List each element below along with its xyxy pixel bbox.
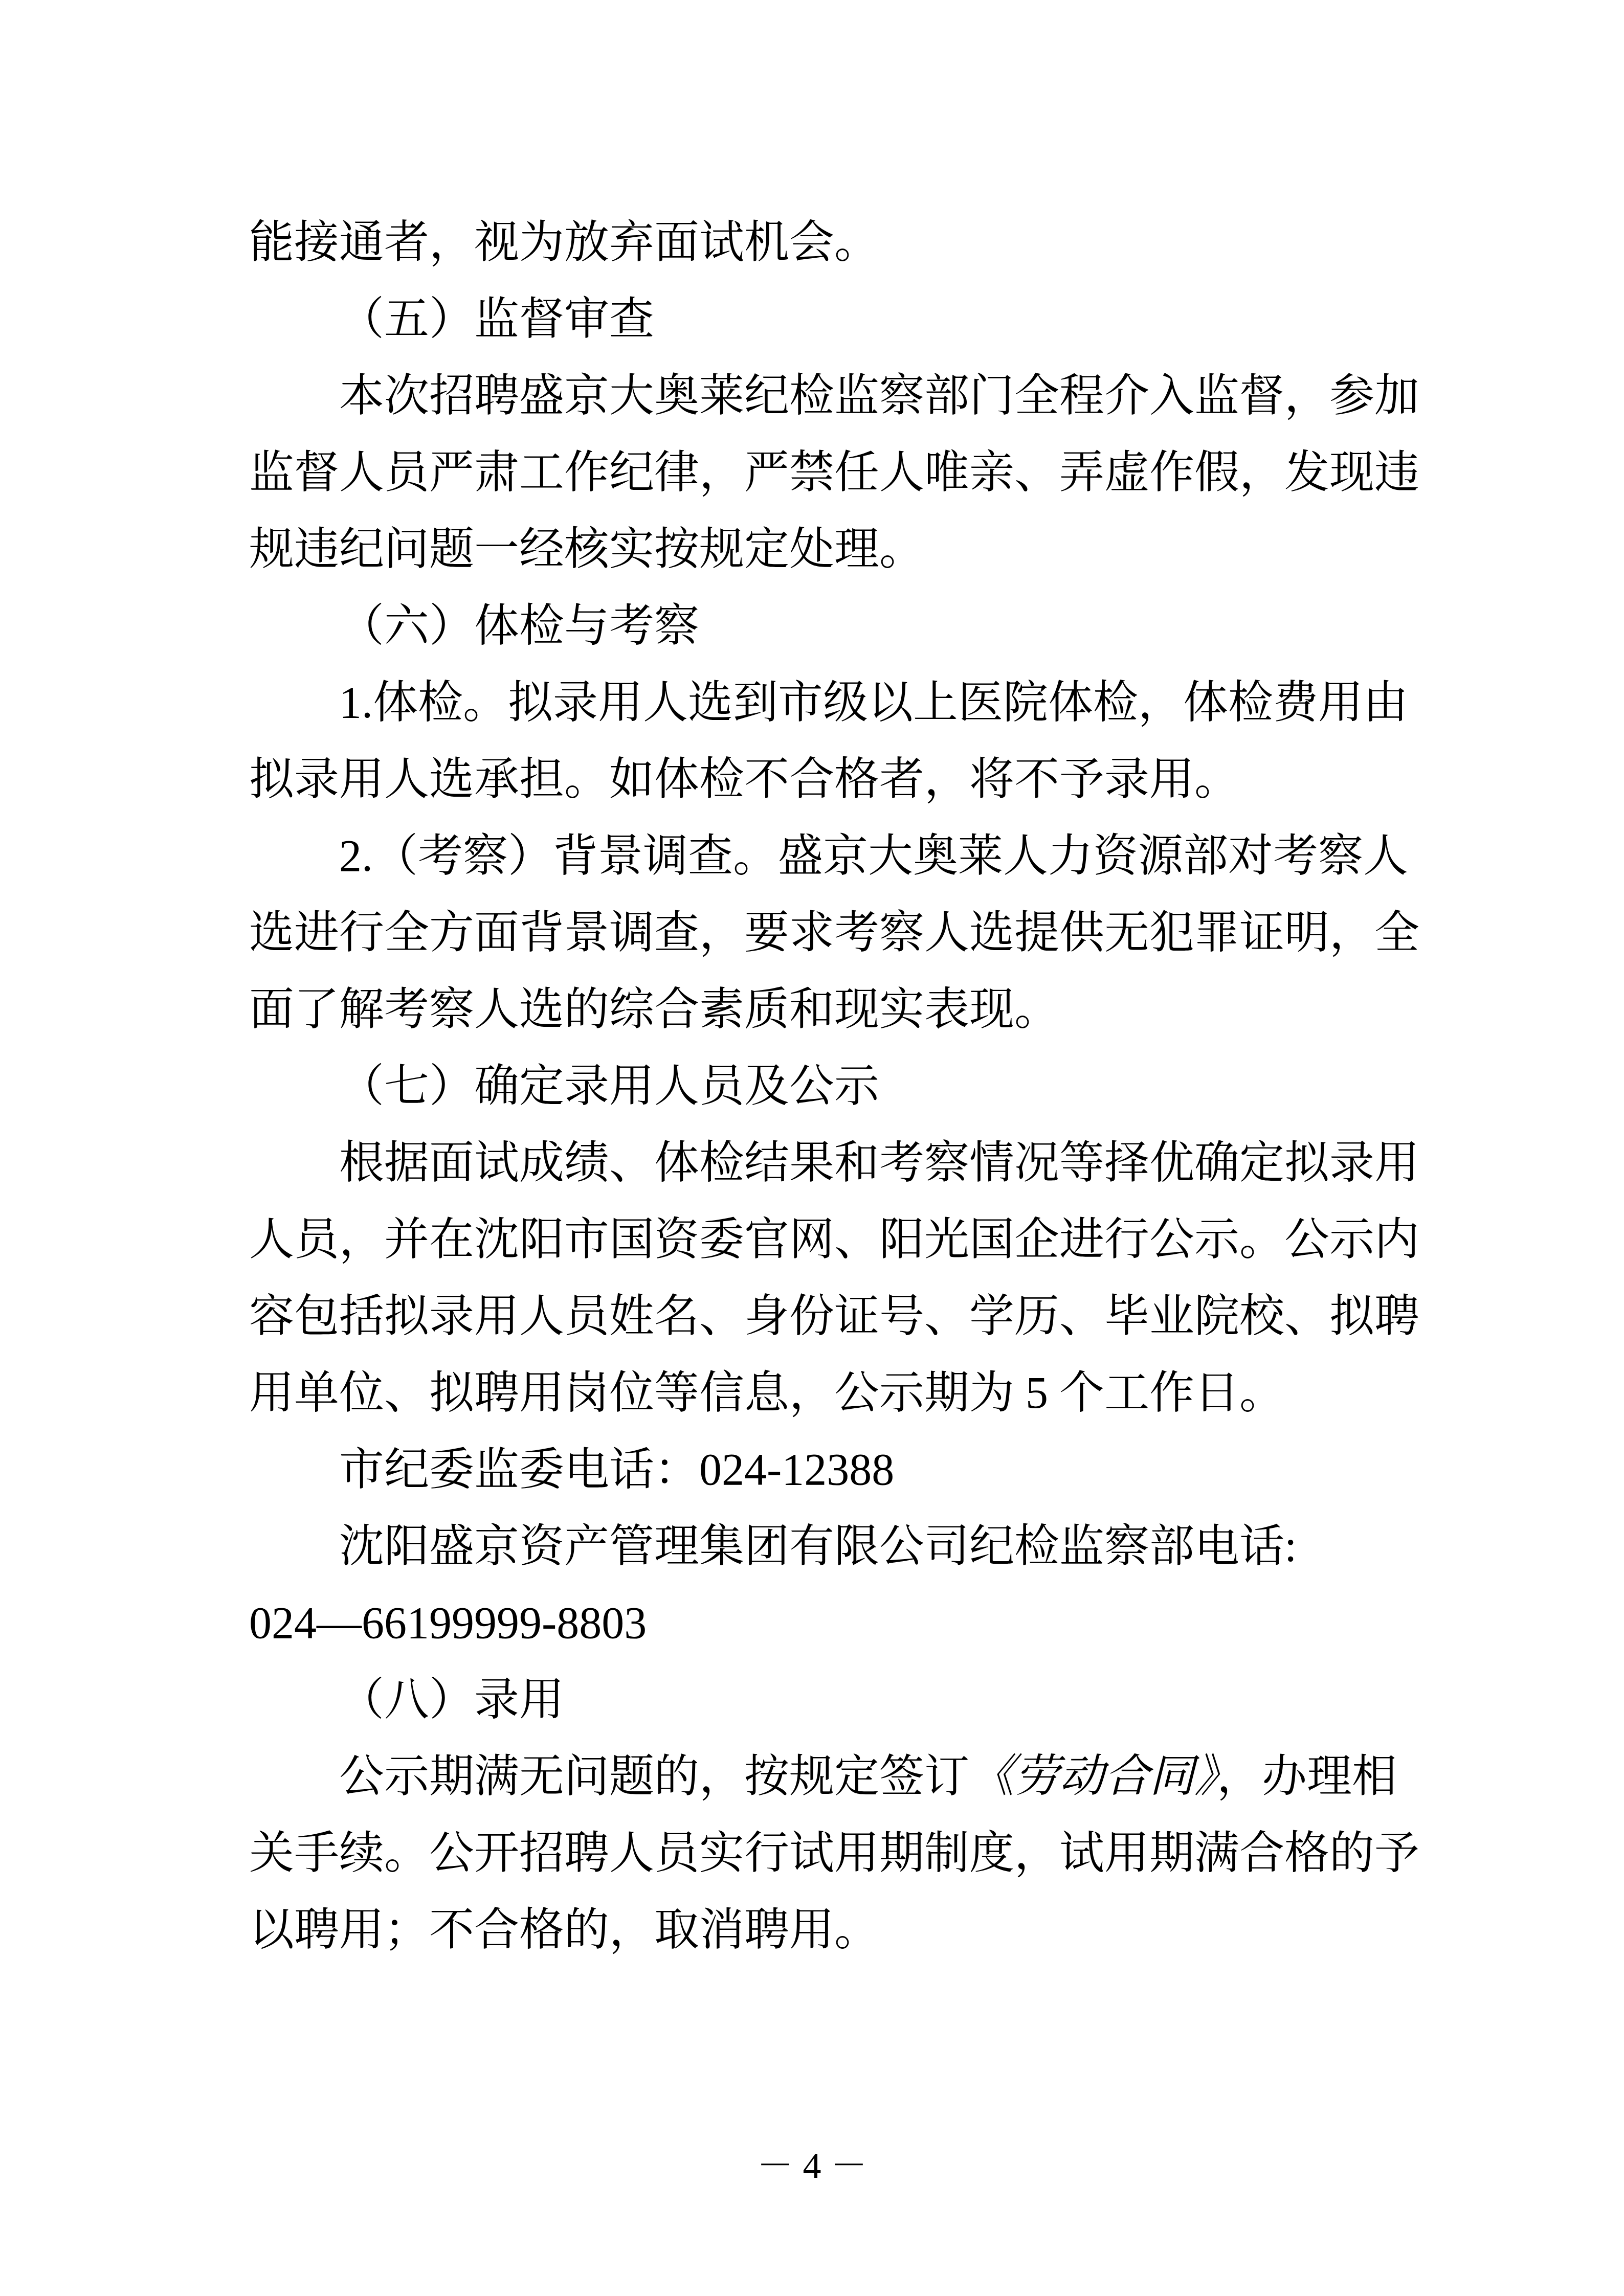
text-line: 2.（考察）背景调查。盛京大奥莱人力资源部对考察人 <box>249 818 1375 895</box>
document-page: 能接通者，视为放弃面试机会。 （五）监督审查 本次招聘盛京大奥莱纪检监察部门全程… <box>0 0 1624 2296</box>
text-line: 公示期满无问题的，按规定签订《劳动合同》，办理相 <box>249 1739 1375 1815</box>
section-heading: （七）确定录用人员及公示 <box>249 1048 1375 1125</box>
text-line: 容包括拟录用人员姓名、身份证号、学历、毕业院校、拟聘 <box>249 1278 1375 1355</box>
text-line: 拟录用人选承担。如体检不合格者，将不予录用。 <box>249 741 1375 818</box>
text-line: 规违纪问题一经核实按规定处理。 <box>249 511 1375 588</box>
text-line: 选进行全方面背景调查，要求考察人选提供无犯罪证明，全 <box>249 895 1375 972</box>
text-line: 以聘用；不合格的，取消聘用。 <box>249 1892 1375 1969</box>
page-number: － 4 － <box>0 2127 1624 2204</box>
section-heading: （八）录用 <box>249 1662 1375 1739</box>
text-line: 1.体检。拟录用人选到市级以上医院体检，体检费用由 <box>249 665 1375 741</box>
text-line: 关手续。公开招聘人员实行试用期制度，试用期满合格的予 <box>249 1815 1375 1892</box>
text-segment: 公示期满无问题的，按规定签订 <box>339 1752 969 1802</box>
text-line: 根据面试成绩、体检结果和考察情况等择优确定拟录用 <box>249 1125 1375 1202</box>
phone-number-line: 024—66199999-8803 <box>249 1585 1375 1662</box>
text-line: 能接通者，视为放弃面试机会。 <box>249 205 1375 281</box>
section-heading: （六）体检与考察 <box>249 588 1375 665</box>
text-line: 人员，并在沈阳市国资委官网、阳光国企进行公示。公示内 <box>249 1202 1375 1278</box>
text-line: 用单位、拟聘用岗位等信息，公示期为 5 个工作日。 <box>249 1355 1375 1432</box>
section-heading: （五）监督审查 <box>249 281 1375 358</box>
phone-line: 沈阳盛京资产管理集团有限公司纪检监察部电话: <box>249 1509 1375 1585</box>
text-line: 本次招聘盛京大奥莱纪检监察部门全程介入监督，参加 <box>249 358 1375 435</box>
text-line: 面了解考察人选的综合素质和现实表现。 <box>249 972 1375 1048</box>
text-line: 监督人员严肃工作纪律，严禁任人唯亲、弄虚作假，发现违 <box>249 435 1375 511</box>
phone-line: 市纪委监委电话：024-12388 <box>249 1432 1375 1509</box>
text-segment: ，办理相 <box>1217 1752 1397 1802</box>
document-body: 能接通者，视为放弃面试机会。 （五）监督审查 本次招聘盛京大奥莱纪检监察部门全程… <box>249 205 1375 1969</box>
book-title: 《劳动合同》 <box>969 1752 1217 1802</box>
